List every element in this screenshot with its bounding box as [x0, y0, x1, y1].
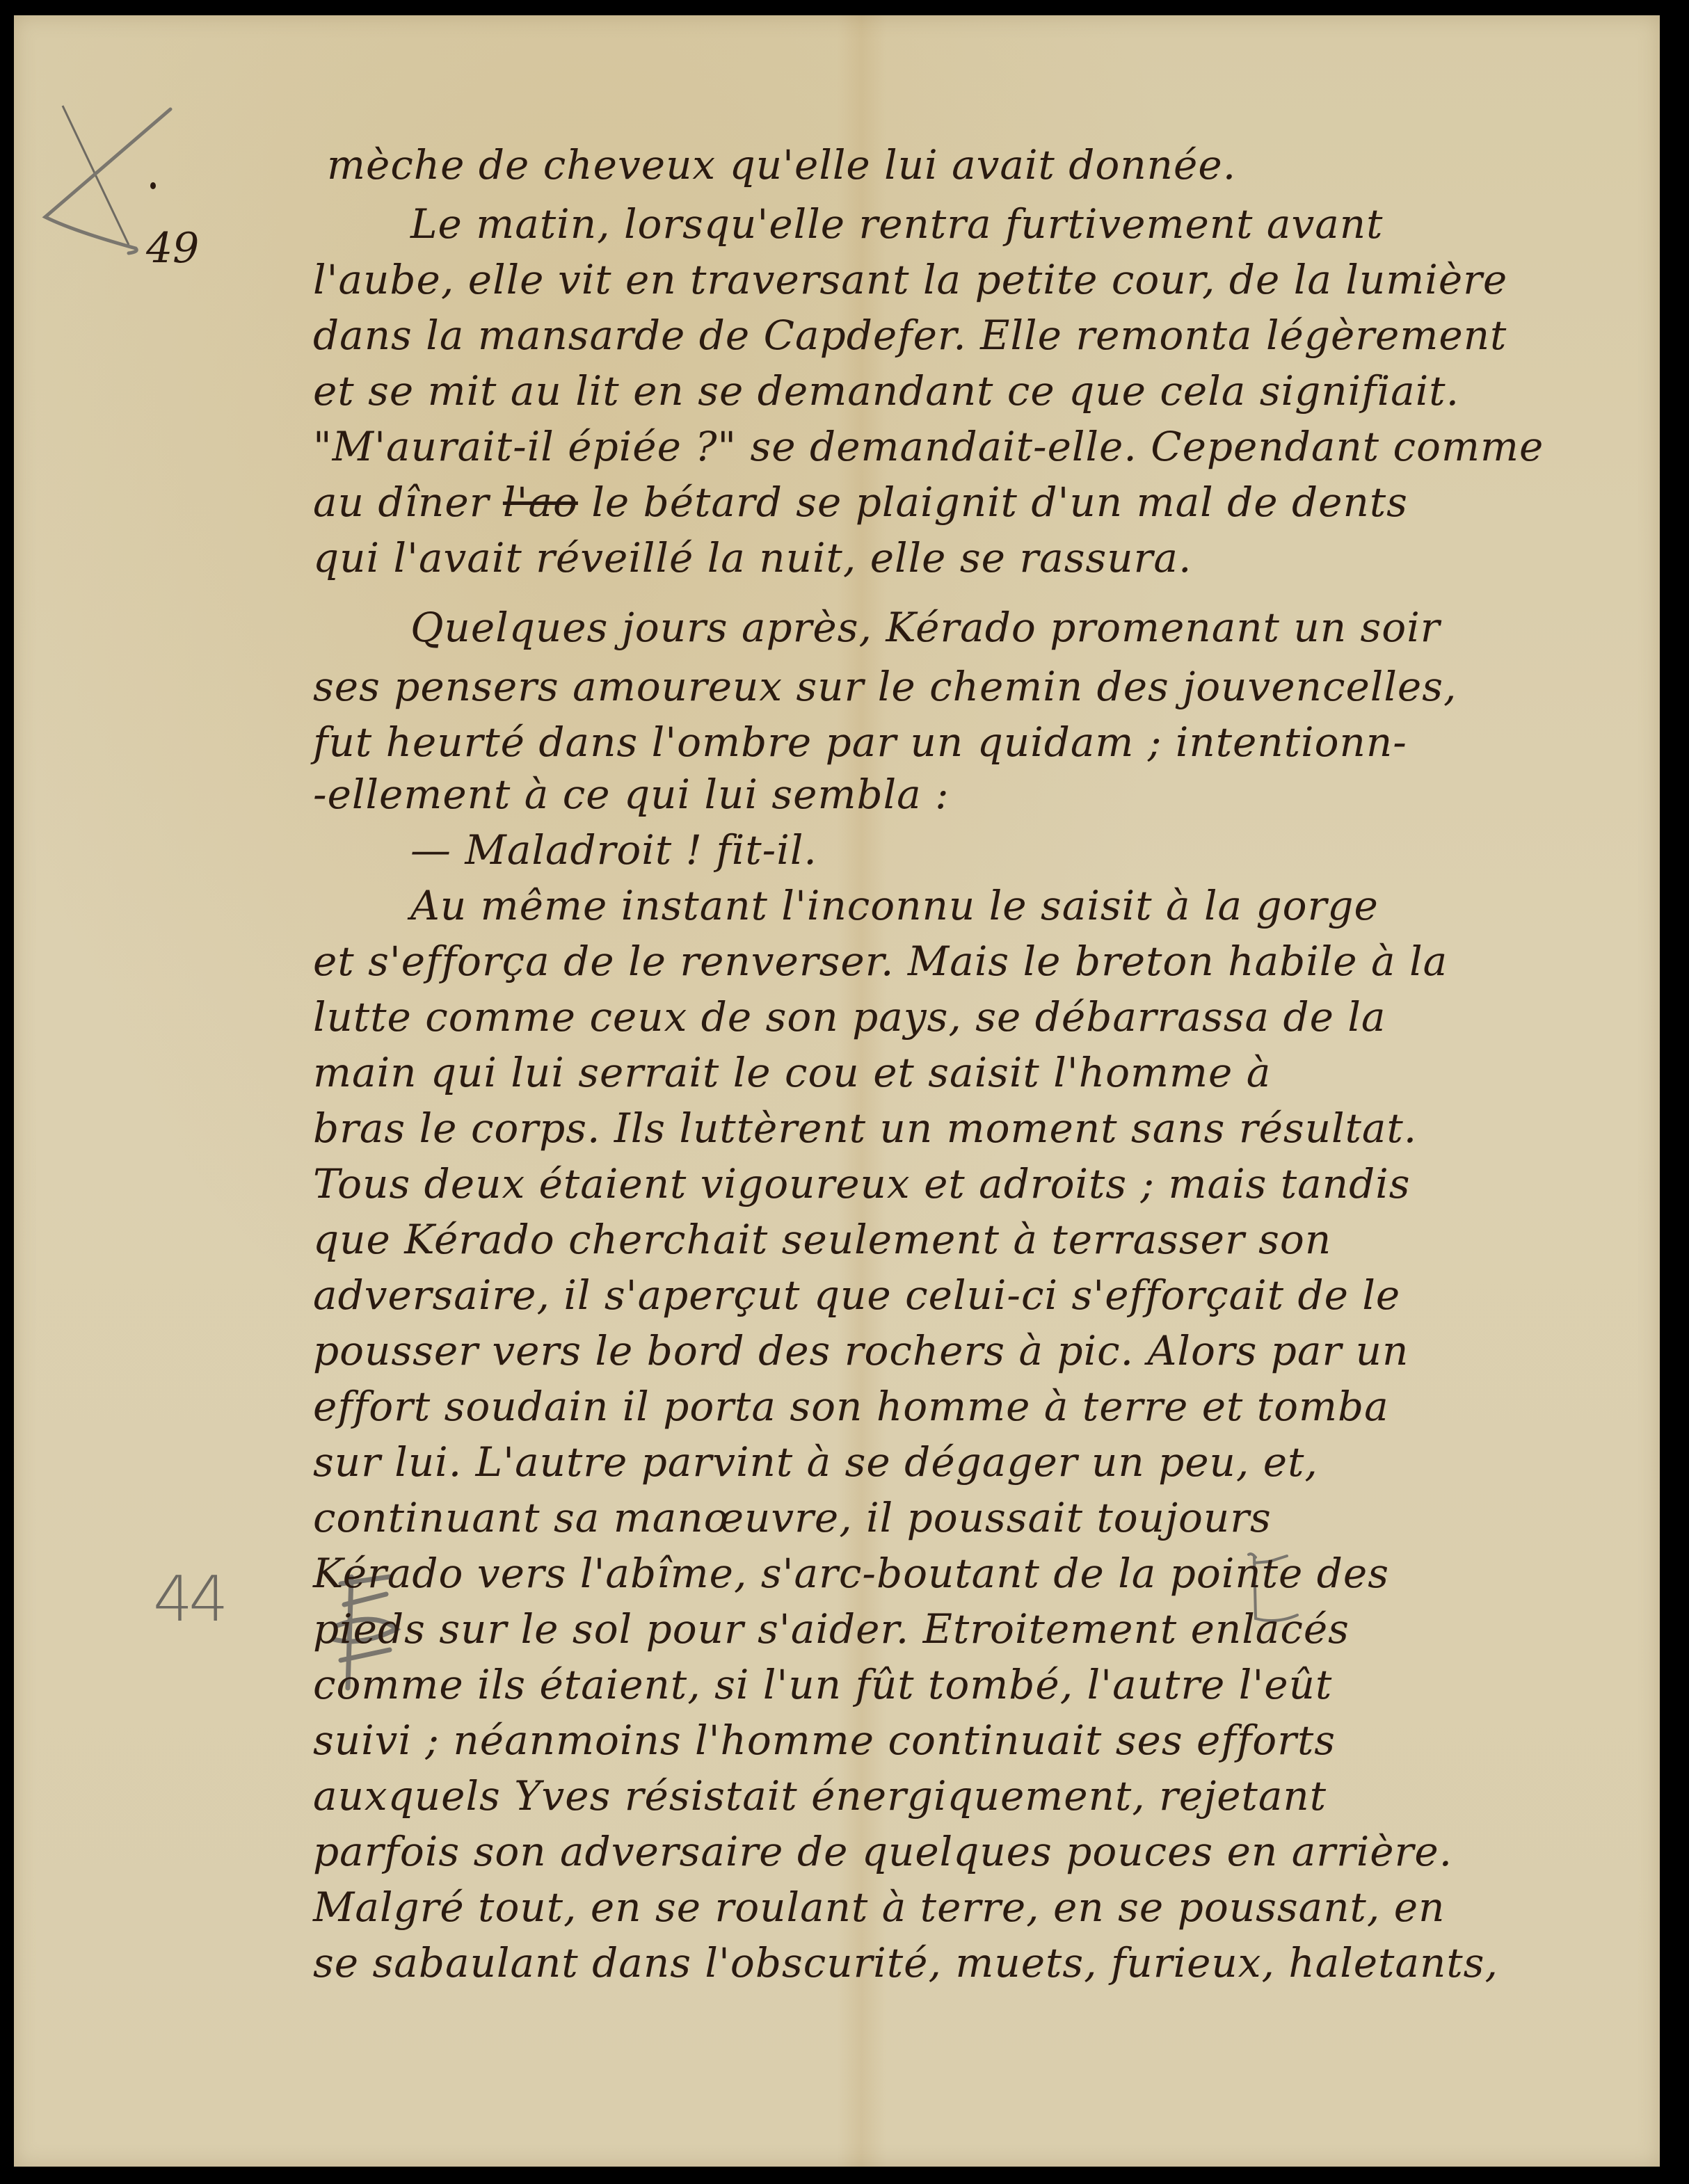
struck-word: l'ao [503, 479, 578, 526]
text-line: Tous deux étaient vigoureux et adroits ;… [313, 1156, 1411, 1212]
text-line: suivi ; néanmoins l'homme continuait ses… [313, 1712, 1336, 1768]
text-line: auxquels Yves résistait énergiquement, r… [313, 1768, 1327, 1824]
text-line: Le matin, lorsqu'elle rentra furtivement… [410, 196, 1383, 252]
text-line: bras le corps. Ils luttèrent un moment s… [313, 1100, 1417, 1156]
folio-number-pencil: 44 [153, 1563, 225, 1636]
text-line: comme ils étaient, si l'un fût tombé, l'… [313, 1657, 1332, 1712]
text-line: au dîner l'ao le bétard se plaignit d'un… [313, 474, 1408, 530]
text-line: adversaire, il s'aperçut que celui-ci s'… [313, 1267, 1400, 1323]
text-line: Kérado vers l'abîme, s'arc-boutant de la… [313, 1545, 1389, 1601]
text-line: sur lui. L'autre parvint à se dégager un… [313, 1434, 1318, 1490]
folio-number-ink: 49 [146, 224, 199, 273]
text-line: Quelques jours après, Kérado promenant u… [410, 600, 1440, 655]
text-line: main qui lui serrait le cou et saisit l'… [313, 1045, 1271, 1100]
text-line: parfois son adversaire de quelques pouce… [313, 1824, 1452, 1879]
text-line: qui l'avait réveillé la nuit, elle se ra… [313, 530, 1192, 586]
manuscript-page: 49 44 mèche de cheveux qu'elle lui avait… [14, 15, 1660, 2167]
text-line: effort soudain il porta son homme à terr… [313, 1379, 1389, 1434]
text-line: et s'efforça de le renverser. Mais le br… [313, 933, 1448, 989]
text-line: pieds sur le sol pour s'aider. Etroiteme… [313, 1601, 1350, 1657]
text-line: pousser vers le bord des rochers à pic. … [313, 1323, 1409, 1379]
text-line: l'aube, elle vit en traversant la petite… [313, 252, 1507, 307]
text-line: se sabaulant dans l'obscurité, muets, fu… [313, 1935, 1498, 1991]
text-line: fut heurté dans l'ombre par un quidam ; … [313, 714, 1407, 770]
text-line: ses pensers amoureux sur le chemin des j… [313, 659, 1457, 714]
text-line: mèche de cheveux qu'elle lui avait donné… [327, 137, 1236, 193]
text-line: et se mit au lit en se demandant ce que … [313, 363, 1459, 419]
text-line: que Kérado cherchait seulement à terrass… [313, 1212, 1331, 1267]
text-line: lutte comme ceux de son pays, se débarra… [313, 989, 1386, 1045]
text-line: "M'aurait-il épiée ?" se demandait-elle.… [313, 419, 1544, 474]
text-fragment: au dîner [313, 479, 489, 526]
ink-dot [150, 182, 156, 189]
text-line: Malgré tout, en se roulant à terre, en s… [313, 1879, 1445, 1935]
text-fragment: le bétard se plaignit d'un mal de dents [591, 479, 1408, 526]
text-line: — Maladroit ! fit-il. [410, 822, 817, 878]
text-line: Au même instant l'inconnu le saisit à la… [410, 878, 1379, 933]
text-line: dans la mansarde de Capdefer. Elle remon… [313, 307, 1507, 363]
text-line: -ellement à ce qui lui sembla : [313, 766, 950, 822]
text-line: continuant sa manœuvre, il poussait touj… [313, 1490, 1272, 1545]
